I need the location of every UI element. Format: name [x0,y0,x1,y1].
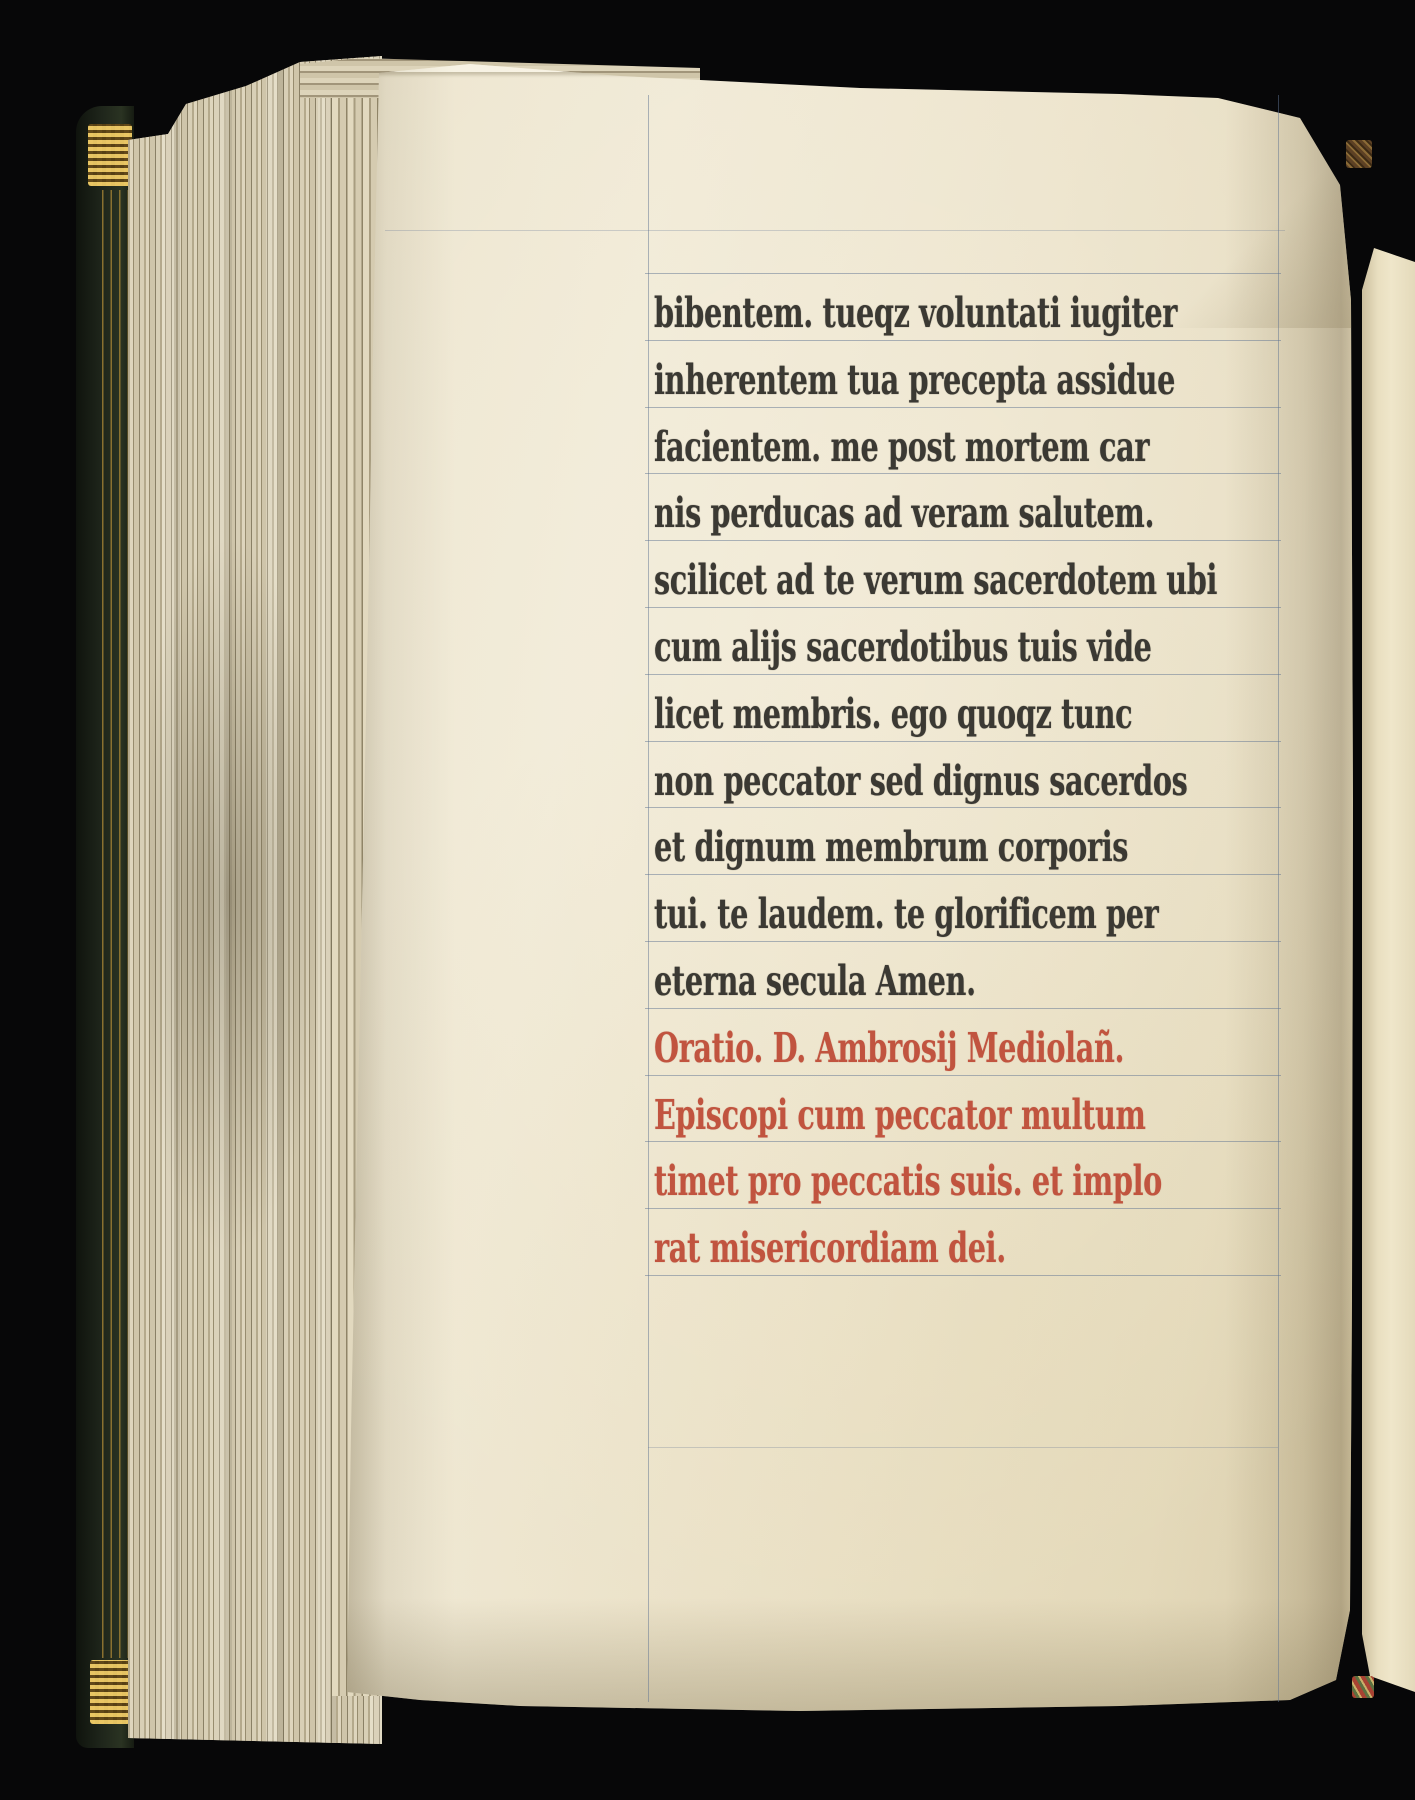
manuscript-rubric-line: timet pro peccatis suis. et implo [654,1141,1102,1208]
text-block: bibentem. tueqz voluntati iugiter inhere… [654,273,1294,1275]
manuscript-rubric-line: rat misericordiam dei. [654,1208,1102,1275]
manuscript-line: facientem. me post mortem car [654,407,1102,474]
manuscript-line: inherentem tua precepta assidue [654,340,1102,407]
headband-speck [1346,140,1372,168]
manuscript-line: non peccator sed dignus sacerdos [654,741,1102,808]
manuscript-line: licet membris. ego quoqz tunc [654,674,1102,741]
ruling-line [648,95,649,1702]
facing-page-edge [1362,248,1415,1692]
manuscript-line: tui. te laudem. te glorificem per [654,874,1102,941]
manuscript-photo: bibentem. tueqz voluntati iugiter inhere… [0,0,1415,1800]
manuscript-line: bibentem. tueqz voluntati iugiter [654,273,1102,340]
gold-fillet-lines [98,190,132,1658]
gold-endband-bottom [90,1660,130,1724]
manuscript-rubric-line: Oratio. D. Ambrosij Mediolañ. [654,1008,1102,1075]
gold-endband-top [88,124,132,186]
manuscript-line: scilicet ad te verum sacerdotem ubi [654,540,1102,607]
manuscript-line: et dignum membrum corporis [654,807,1102,874]
manuscript-line: nis perducas ad veram salutem. [654,473,1102,540]
ruling-line [648,1447,1278,1448]
manuscript-rubric-line: Episcopi cum peccator multum [654,1075,1102,1142]
ribbon-marker-speck [1352,1676,1374,1698]
ruling-line [385,230,1285,231]
manuscript-line: cum alijs sacerdotibus tuis vide [654,607,1102,674]
manuscript-line: eterna secula Amen. [654,941,1102,1008]
